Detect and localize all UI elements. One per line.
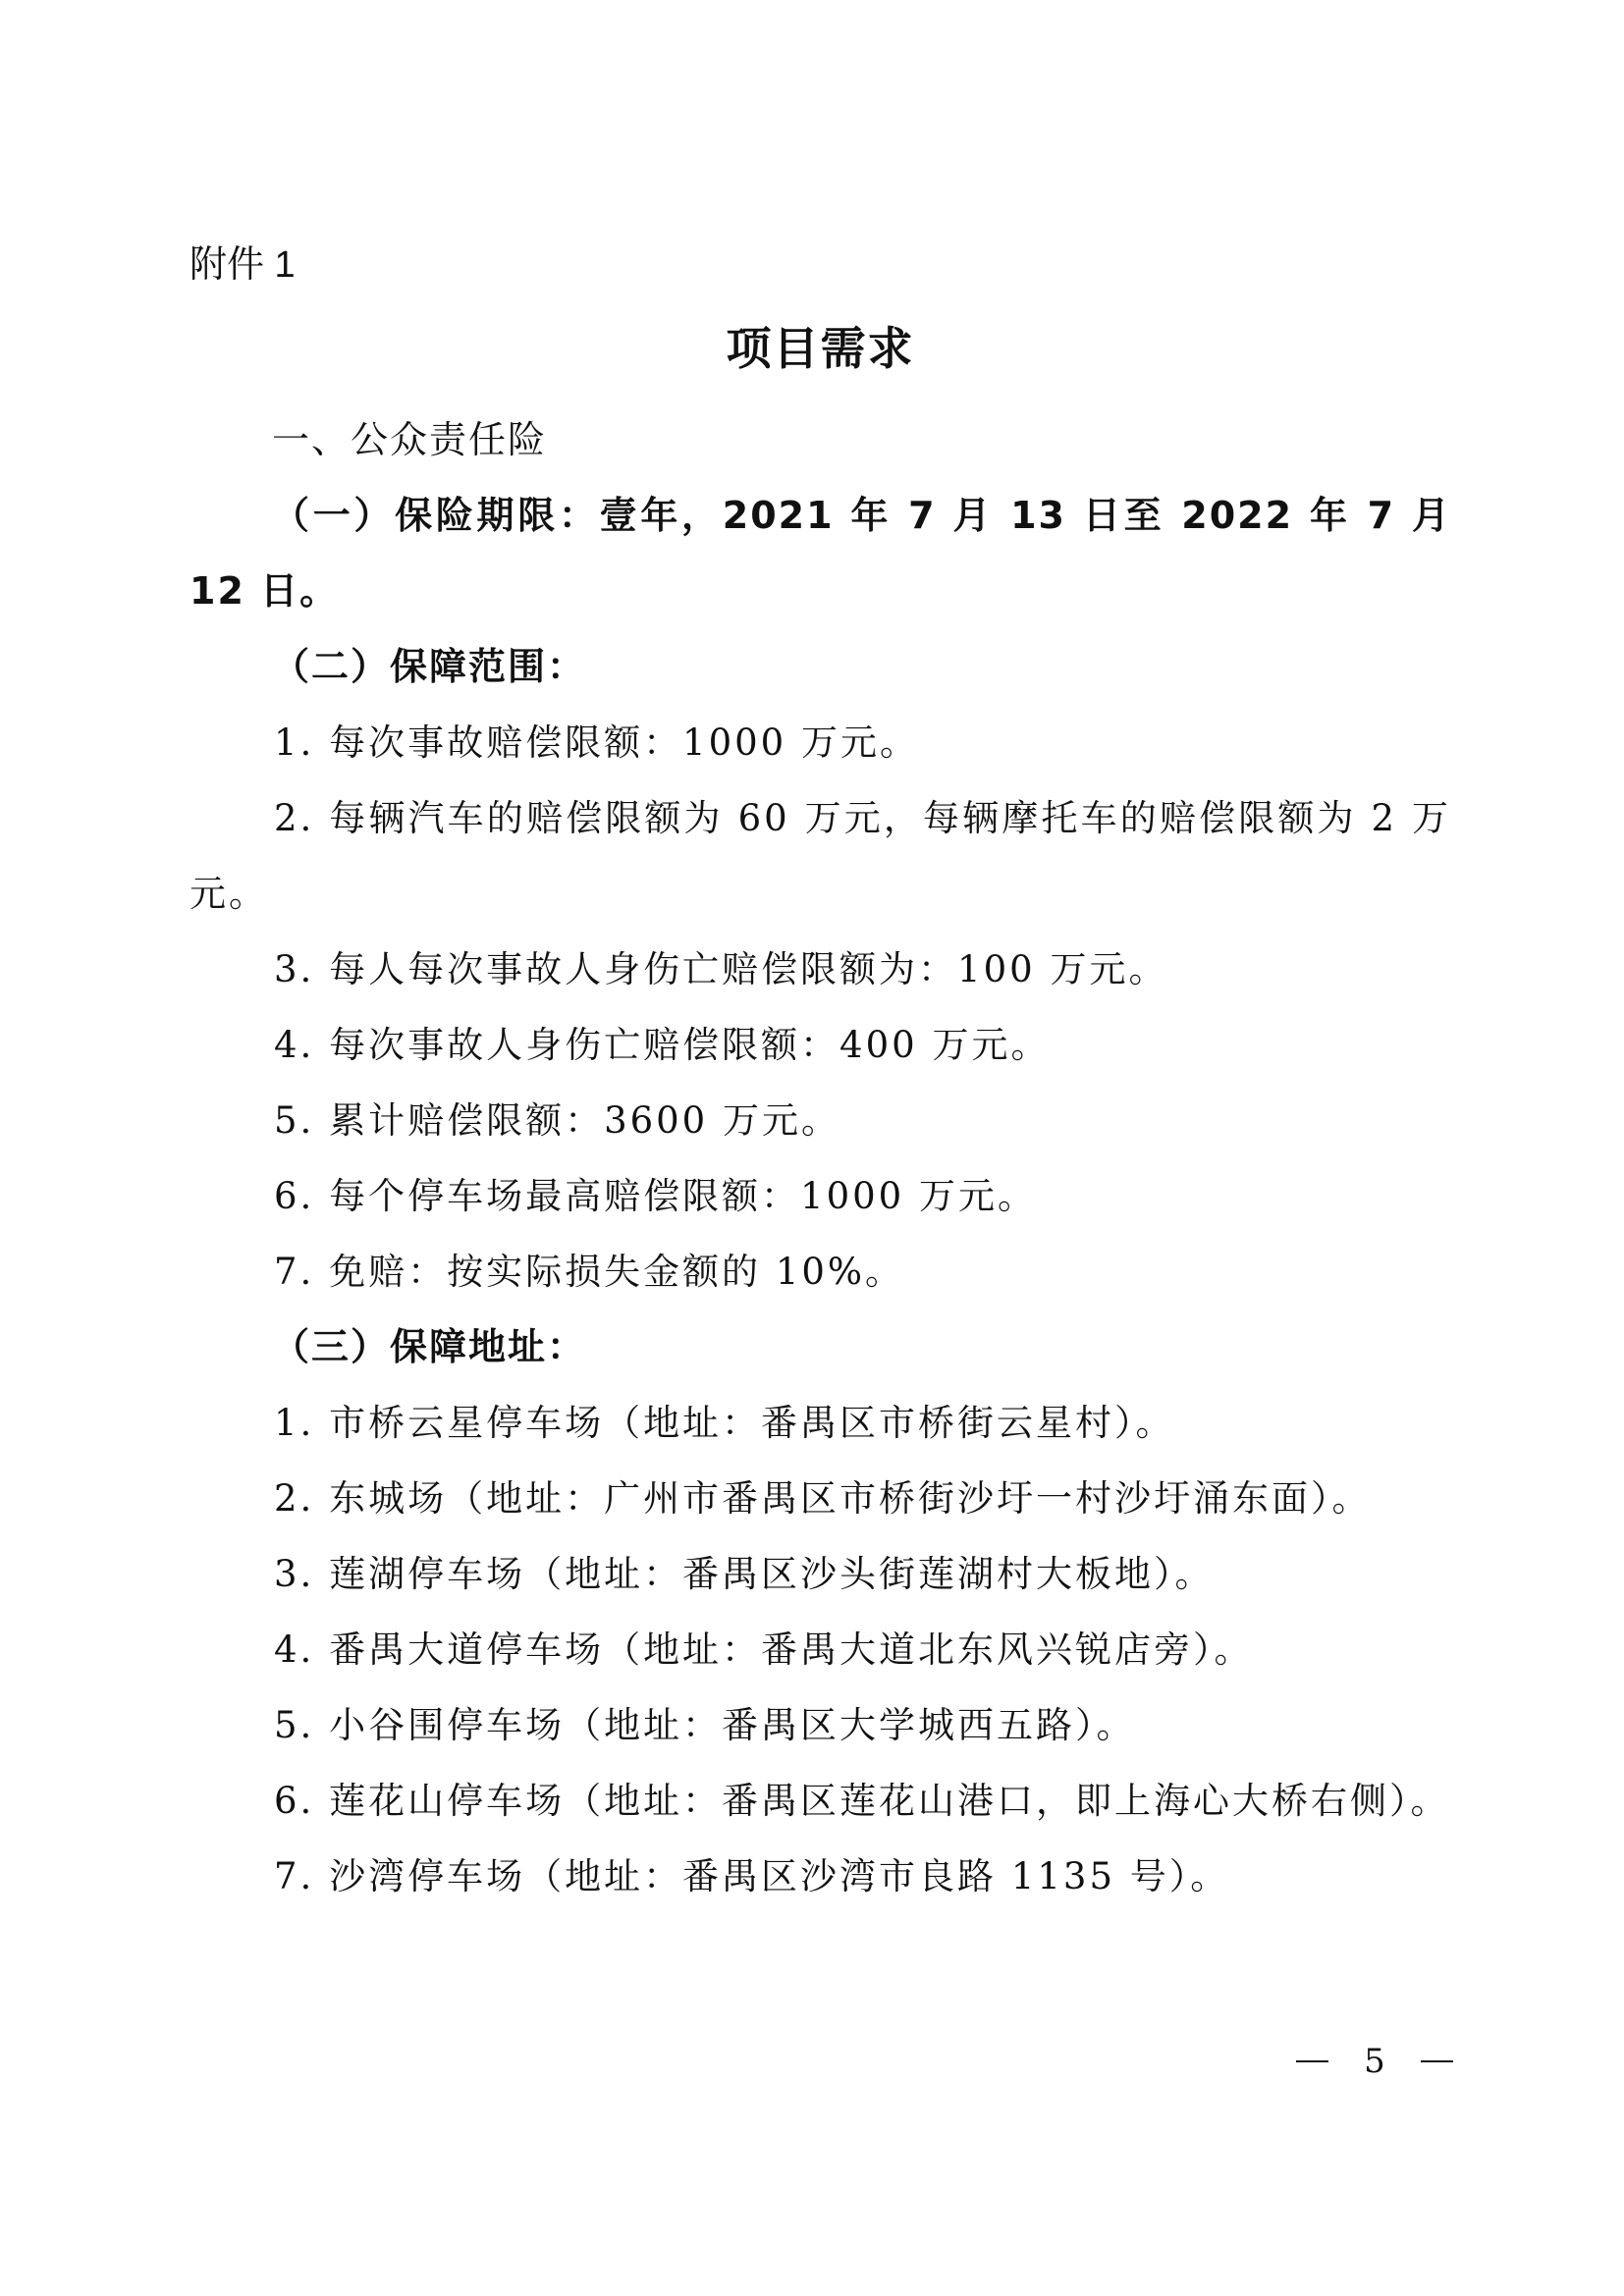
- address-item: 1. 市桥云星停车场（地址：番禺区市桥街云星村）。: [189, 1385, 1451, 1461]
- attachment-label: 附件 1: [189, 236, 1451, 294]
- dash-right: [1421, 2060, 1453, 2062]
- coverage-item: 3. 每人每次事故人身伤亡赔偿限额为：100 万元。: [189, 932, 1451, 1007]
- page-content: 附件 1 项目需求 一、公众责任险 （一）保险期限：壹年，2021 年 7 月 …: [189, 236, 1451, 1914]
- address-item: 6. 莲花山停车场（地址：番禺区莲花山港口，即上海心大桥右侧）。: [189, 1763, 1451, 1839]
- address-item: 5. 小谷围停车场（地址：番禺区大学城西五路）。: [189, 1687, 1451, 1763]
- section-heading-public-liability: 一、公众责任险: [189, 402, 1451, 478]
- coverage-item: 2. 每辆汽车的赔偿限额为 60 万元，每辆摩托车的赔偿限额为 2 万元。: [189, 780, 1451, 932]
- subsection-coverage-scope: （二）保障范围：: [189, 629, 1451, 705]
- dash-left: [1296, 2060, 1328, 2062]
- page-number-value: 5: [1364, 2042, 1385, 2081]
- coverage-item: 5. 累计赔偿限额：3600 万元。: [189, 1083, 1451, 1158]
- address-item: 7. 沙湾停车场（地址：番禺区沙湾市良路 1135 号）。: [189, 1839, 1451, 1914]
- subsection-insurance-period: （一）保险期限：壹年，2021 年 7 月 13 日至 2022 年 7 月 1…: [189, 478, 1451, 629]
- coverage-item: 6. 每个停车场最高赔偿限额：1000 万元。: [189, 1158, 1451, 1234]
- address-item: 2. 东城场（地址：广州市番禺区市桥街沙圩一村沙圩涌东面）。: [189, 1461, 1451, 1536]
- subsection-coverage-address: （三）保障地址：: [189, 1309, 1451, 1385]
- page-title: 项目需求: [189, 294, 1451, 402]
- document-page: 附件 1 项目需求 一、公众责任险 （一）保险期限：壹年，2021 年 7 月 …: [0, 0, 1624, 2296]
- coverage-item: 4. 每次事故人身伤亡赔偿限额：400 万元。: [189, 1007, 1451, 1083]
- address-item: 3. 莲湖停车场（地址：番禺区沙头街莲湖村大板地）。: [189, 1536, 1451, 1612]
- coverage-item: 1. 每次事故赔偿限额：1000 万元。: [189, 705, 1451, 780]
- coverage-item: 7. 免赔：按实际损失金额的 10%。: [189, 1234, 1451, 1309]
- page-number: 5: [1296, 2042, 1453, 2081]
- address-item: 4. 番禺大道停车场（地址：番禺大道北东风兴锐店旁）。: [189, 1612, 1451, 1687]
